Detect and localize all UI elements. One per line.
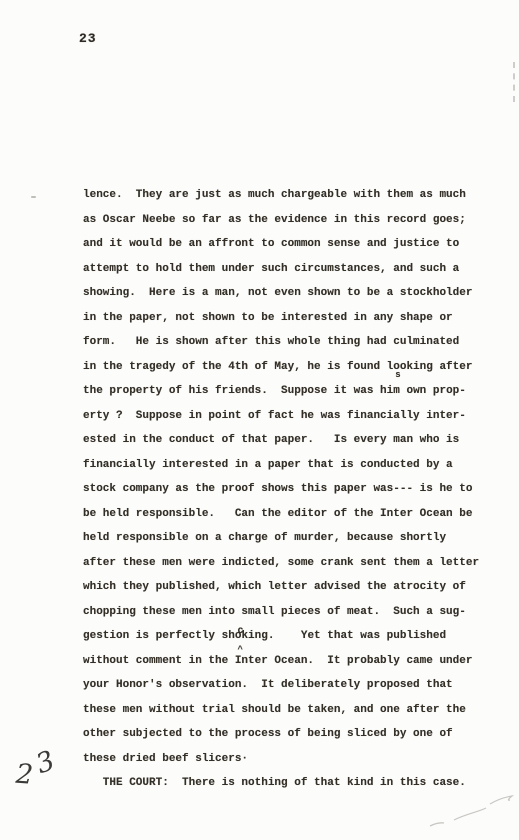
text-line: lence. They are just as much chargeable … <box>83 183 493 208</box>
text-line-with-overtype: the property of his friends. Suppose it … <box>83 379 493 404</box>
line-text: after these men were indicted, some cran… <box>83 557 479 569</box>
line-text: financially interested in a paper that i… <box>83 459 453 471</box>
text-line: form. He is shown after this whole thing… <box>83 330 493 355</box>
text-line: ested in the conduct of that paper. Is e… <box>83 428 493 453</box>
text-line: chopping these men into small pieces of … <box>83 600 493 625</box>
text-line: these dried beef slicers· <box>83 747 493 772</box>
line-text: in the tragedy of the 4th of May, he is … <box>83 361 472 373</box>
text-line: erty ? Suppose in point of fact he was f… <box>83 404 493 429</box>
transcript-text-block: lence. They are just as much chargeable … <box>83 183 493 796</box>
line-text: other subjected to the process of being … <box>83 728 453 740</box>
insertion-caret: ^ <box>237 646 242 655</box>
inserted-letter: c <box>237 627 243 637</box>
document-page: 23 lence. They are just as much chargeab… <box>0 0 519 840</box>
line-text: stock company as the proof shows this pa… <box>83 483 472 495</box>
text-line: other subjected to the process of being … <box>83 722 493 747</box>
overtyped-correction: sm <box>393 379 400 404</box>
line-text: these men without trial should be taken,… <box>83 704 466 716</box>
line-text: without comment in the Inter Ocean. It p… <box>83 655 472 667</box>
text-line: in the paper, not shown to be interested… <box>83 306 493 331</box>
text-line: these men without trial should be taken,… <box>83 698 493 723</box>
line-text: own prop- <box>400 385 466 397</box>
superscript-correction: s <box>395 371 400 380</box>
line-text: king. Yet that was published <box>241 630 446 642</box>
text-line: and it would be an affront to common sen… <box>83 232 493 257</box>
line-text: lence. They are just as much chargeable … <box>83 189 466 201</box>
margin-artifact-dot <box>31 196 36 198</box>
line-text: showing. Here is a man, not even shown t… <box>83 287 472 299</box>
handwritten-page-number: 23 <box>14 752 57 787</box>
text-line: after these men were indicted, some cran… <box>83 551 493 576</box>
text-line: financially interested in a paper that i… <box>83 453 493 478</box>
text-line: without comment in the Inter Ocean. It p… <box>83 649 493 674</box>
text-line: held responsible on a charge of murder, … <box>83 526 493 551</box>
typed-page-number: 23 <box>79 31 97 46</box>
line-text: ested in the conduct of that paper. Is e… <box>83 434 459 446</box>
handwritten-digit: 2 <box>15 759 34 791</box>
line-text: and it would be an affront to common sen… <box>83 238 459 250</box>
line-text: in the paper, not shown to be interested… <box>83 312 453 324</box>
text-line-with-insertion: gestion is perfectly shoc^king. Yet that… <box>83 624 493 649</box>
text-line: attempt to hold them under such circumst… <box>83 257 493 282</box>
edge-artifact-mark <box>513 62 515 102</box>
text-line: as Oscar Neebe so far as the evidence in… <box>83 208 493 233</box>
line-text: erty ? Suppose in point of fact he was f… <box>83 410 466 422</box>
line-text: as Oscar Neebe so far as the evidence in… <box>83 214 466 226</box>
text-line: which they published, which letter advis… <box>83 575 493 600</box>
line-text: form. He is shown after this whole thing… <box>83 336 459 348</box>
text-line: be held responsible. Can the editor of t… <box>83 502 493 527</box>
overtyped-base: m <box>393 385 400 397</box>
text-line: in the tragedy of the 4th of May, he is … <box>83 355 493 380</box>
line-text: THE COURT: There is nothing of that kind… <box>83 777 466 789</box>
line-text: held responsible on a charge of murder, … <box>83 532 446 544</box>
text-line: showing. Here is a man, not even shown t… <box>83 281 493 306</box>
line-text: your Honor's observation. It deliberatel… <box>83 679 453 691</box>
line-text: the property of his friends. Suppose it … <box>83 385 393 397</box>
text-line: stock company as the proof shows this pa… <box>83 477 493 502</box>
line-text: attempt to hold them under such circumst… <box>83 263 459 275</box>
pencil-squiggle-mark <box>426 786 516 834</box>
line-text: gestion is perfectly sho <box>83 630 241 642</box>
text-line: your Honor's observation. It deliberatel… <box>83 673 493 698</box>
line-text: be held responsible. Can the editor of t… <box>83 508 472 520</box>
line-text: chopping these men into small pieces of … <box>83 606 466 618</box>
line-text: these dried beef slicers· <box>83 753 248 765</box>
line-text: which they published, which letter advis… <box>83 581 466 593</box>
handwritten-digit: 3 <box>32 745 59 780</box>
